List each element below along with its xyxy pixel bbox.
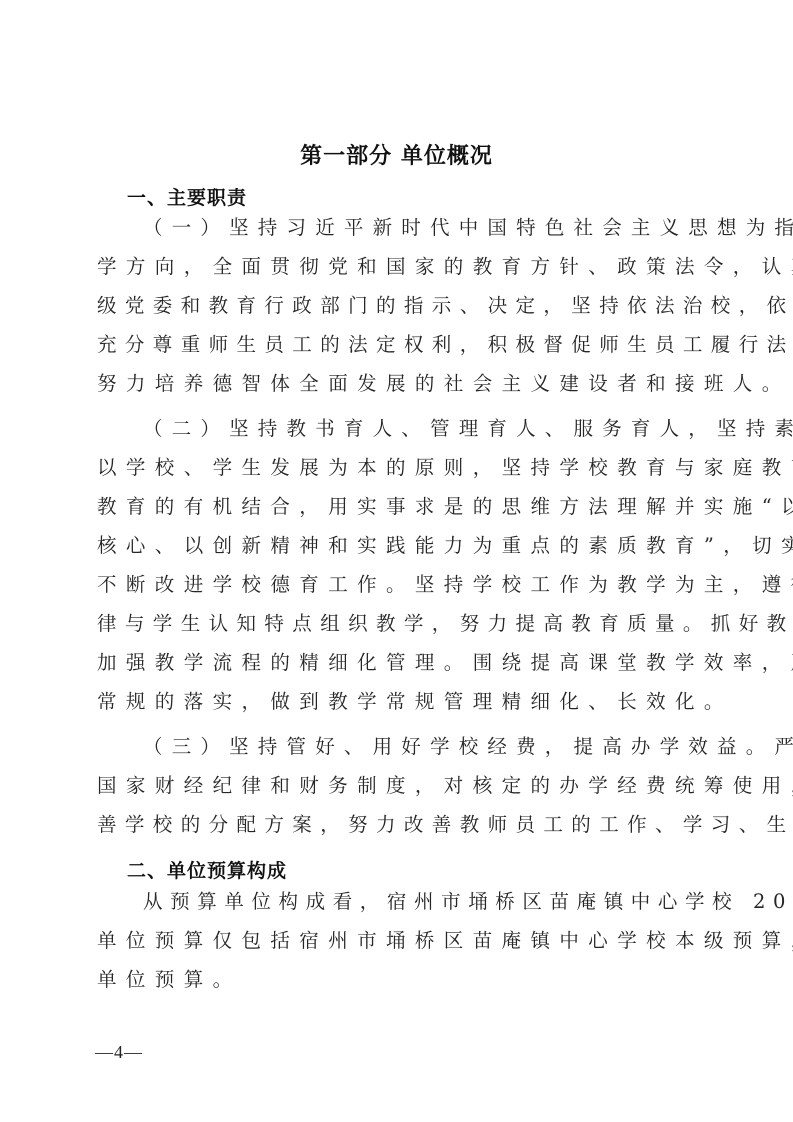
paragraph-line: （二）坚持教书育人、管理育人、服务育人，坚持素质教育， xyxy=(143,415,743,443)
paragraph-line: 国家财经纪律和财务制度，对核定的办学经费统筹使用，不断完 xyxy=(97,772,697,800)
paragraph-line: 单位预算。 xyxy=(97,966,697,994)
paragraph-line: 充分尊重师生员工的法定权利，积极督促师生员工履行法定义务， xyxy=(97,331,697,359)
paragraph-line: 不断改进学校德育工作。坚持学校工作为教学为主，遵循教育规 xyxy=(97,571,697,599)
section-heading-main-duties: 一、主要职责 xyxy=(127,184,247,212)
paragraph-line: 级党委和教育行政部门的指示、决定，坚持依法治校，依法护校， xyxy=(97,292,697,320)
page-title: 第一部分 单位概况 xyxy=(0,142,793,172)
paragraph-line: 学方向，全面贯彻党和国家的教育方针、政策法令，认真执行上 xyxy=(97,253,697,281)
paragraph-line: 核心、以创新精神和实践能力为重点的素质教育”，切实加强和 xyxy=(97,532,697,560)
paragraph-line: 加强教学流程的精细化管理。围绕提高课堂教学效率，严抓教学 xyxy=(97,649,697,677)
paragraph-line: 善学校的分配方案，努力改善教师员工的工作、学习、生活条件。 xyxy=(97,811,697,839)
paragraph-line: 从预算单位构成看，宿州市埇桥区苗庵镇中心学校 2023 年度 xyxy=(143,888,743,916)
paragraph-line: 努力培养德智体全面发展的社会主义建设者和接班人。 xyxy=(97,370,697,398)
paragraph-line: （三）坚持管好、用好学校经费，提高办学效益。严格执行 xyxy=(143,733,743,761)
paragraph-line: 单位预算仅包括宿州市埇桥区苗庵镇中心学校本级预算，无下属 xyxy=(97,927,697,955)
paragraph-line: 教育的有机结合，用实事求是的思维方法理解并实施“以德育为 xyxy=(97,493,697,521)
paragraph-line: 以学校、学生发展为本的原则，坚持学校教育与家庭教育、社会 xyxy=(97,454,697,482)
page-number: —4— xyxy=(95,1042,143,1063)
paragraph-line: 常规的落实，做到教学常规管理精细化、长效化。 xyxy=(97,688,697,716)
section-heading-budget-composition: 二、单位预算构成 xyxy=(127,857,287,885)
paragraph-line: 律与学生认知特点组织教学，努力提高教育质量。抓好教学常规， xyxy=(97,610,697,638)
paragraph-line: （一）坚持习近平新时代中国特色社会主义思想为指引的办 xyxy=(143,214,743,242)
